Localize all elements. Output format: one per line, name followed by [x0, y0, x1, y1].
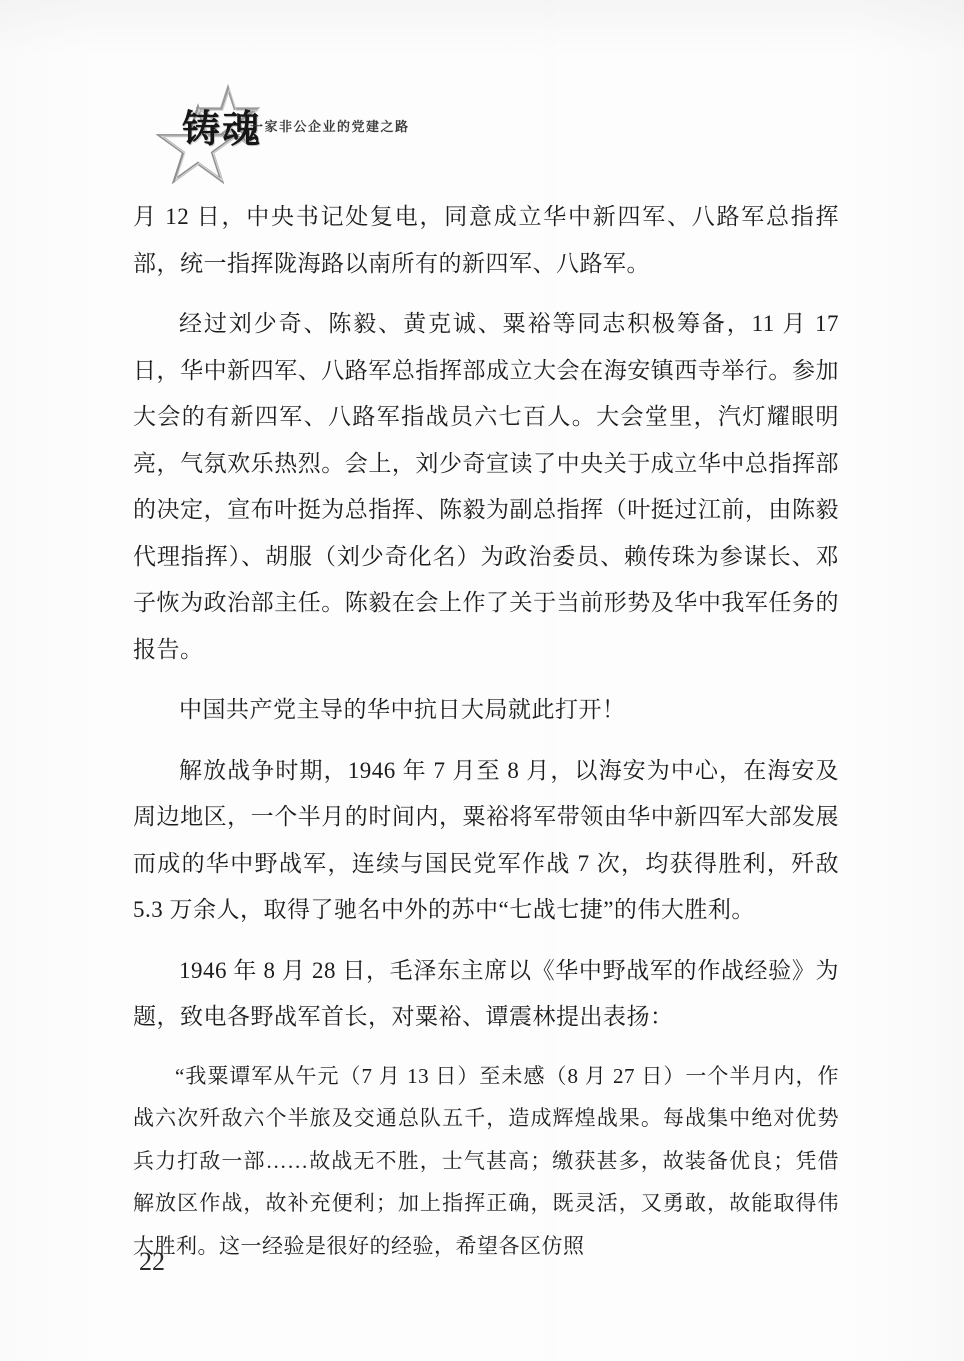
body-paragraph: 解放战争时期，1946 年 7 月至 8 月，以海安为中心，在海安及周边地区，一… [133, 748, 839, 934]
body-paragraph: 1946 年 8 月 28 日，毛泽东主席以《华中野战军的作战经验》为题，致电各… [133, 948, 839, 1041]
page-number: 22 [139, 1247, 165, 1277]
body-paragraph: 月 12 日，中央书记处复电，同意成立华中新四军、八路军总指挥部，统一指挥陇海路… [133, 194, 839, 287]
body-paragraph: 中国共产党主导的华中抗日大局就此打开！ [133, 687, 839, 734]
logo-subtitle: 一家非公企业的党建之路 [250, 116, 410, 135]
book-page: 铸魂 一家非公企业的党建之路 月 12 日，中央书记处复电，同意成立华中新四军、… [0, 0, 964, 1361]
quote-paragraph: “我粟谭军从午元（7 月 13 日）至未感（8 月 27 日）一个半月内，作战六… [133, 1055, 839, 1268]
body-paragraph: 经过刘少奇、陈毅、黄克诚、粟裕等同志积极筹备，11 月 17 日，华中新四军、八… [133, 301, 839, 673]
book-logo: 铸魂 一家非公企业的党建之路 [146, 64, 566, 154]
page-text-block: 月 12 日，中央书记处复电，同意成立华中新四军、八路军总指挥部，统一指挥陇海路… [133, 194, 839, 1267]
